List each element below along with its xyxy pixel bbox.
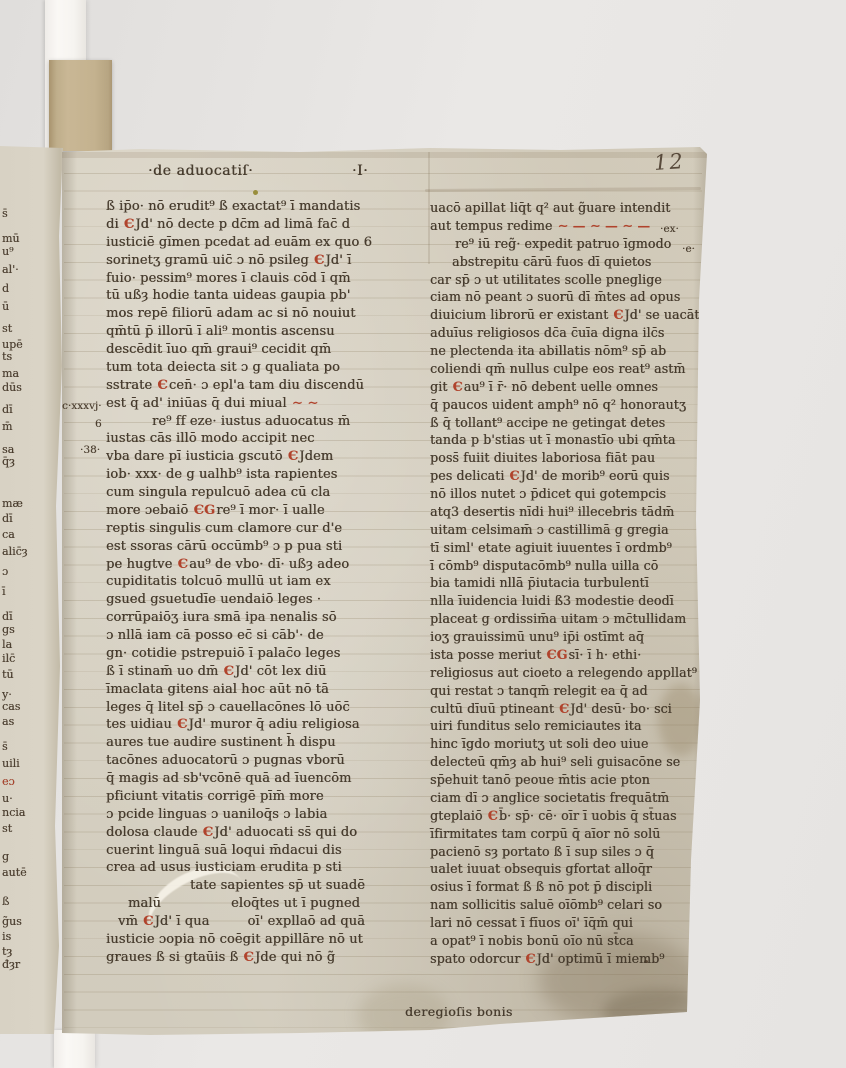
facing-page-text-fragment: mæ — [2, 497, 23, 510]
rubric-mark: Є — [509, 468, 521, 483]
text-line: poss̄ fuiit diuites laboriosa fiāt pau — [430, 449, 702, 467]
text-line: nō illos nutet ɔ p̄dicet qui gotempcis — [430, 485, 702, 503]
rubric-mark: ∼ ∼ — [291, 396, 320, 411]
facing-page-text-fragment: ß — [2, 895, 9, 908]
text-run: eloq̄tes ut ī pugned — [231, 896, 360, 911]
text-run: nō illos nutet ɔ p̄dicet qui gotempcis — [430, 486, 666, 501]
text-line: crea ad usus iusticiam erudita p sti — [106, 859, 428, 877]
text-line: re⁹ iū reg̃· expedit patruo īgmodo — [430, 235, 702, 253]
text-line: gn· cotidie pstrepuiō ī palac̄o leges — [106, 645, 428, 663]
facing-page-text-fragment: tū — [2, 668, 14, 681]
text-run: diuicium librorū er existant — [430, 307, 612, 322]
stain — [603, 989, 715, 1035]
text-run: Jd' de morib⁹ eorū quis — [521, 468, 670, 483]
facing-page-text-fragment: ū — [2, 300, 9, 313]
text-run: sstrate — [106, 378, 156, 393]
text-column-left: ß ip̄o· nō erudit⁹ ß exactat⁹ ī mandatis… — [106, 198, 428, 967]
text-run: spato odorcur — [430, 951, 525, 966]
margin-note: c·xxxvj· — [62, 400, 102, 412]
text-run: gteplaiō — [430, 808, 487, 823]
text-run: ciam dī ɔ anglice societatis frequātm̄ — [430, 790, 669, 805]
text-line: more ɔebaiō ЄGre⁹ ī mor· ī ualle — [106, 502, 428, 520]
text-line: qm̄tū p̄ illorū ī ali⁹ montis ascensu — [106, 323, 428, 341]
text-run: nam sollicitis saluē oīōmb⁹ celari so — [430, 897, 662, 912]
text-line: ne plectenda ita abillatis nōm⁹ sp̄ ab — [430, 342, 702, 360]
rubric-mark: Є — [202, 825, 214, 840]
facing-page-text-fragment: s̄ — [2, 207, 8, 220]
text-line: ß ī stinam̄ uo dm̄ ЄJd' cōt lex diū — [106, 663, 428, 681]
text-run: pes delicati — [430, 468, 509, 483]
text-line: cuerint linguā suā loqui m̄dacui dis — [106, 842, 428, 860]
text-run: oī' expllaō ad quā — [247, 914, 365, 929]
text-run: aut tempus redime — [430, 218, 557, 233]
facing-page-text-fragment: tȝ — [2, 945, 12, 958]
text-line: uitam celsimam̄ ɔ castillimā g gregia — [430, 521, 702, 539]
rubric-mark: Є — [287, 449, 299, 464]
text-line: ß q̄ tollant⁹ accipe ne getingat detes — [430, 414, 702, 432]
facing-page-text-fragment: d — [2, 282, 9, 295]
text-line: hinc īgdo moriutʒ ut soli deo uiue — [430, 735, 702, 753]
text-line: gteplaiō Єb̄· sp̄· cē· oīr ī uobis q̄ st… — [430, 807, 702, 825]
text-run: tanda p b'stias ut ī monastīo ubi qm̄ta — [430, 432, 675, 447]
text-line: leges q̄ litel sp̄ ɔ cauellacōnes lō uōc… — [106, 699, 428, 717]
text-run: ī cōmb⁹ disputacōmb⁹ nulla uilla cō — [430, 558, 658, 573]
text-run: q̄ paucos uident amph⁹ nō q² honorautʒ — [430, 397, 686, 412]
text-run: Jd' optimū ī miemb⁹ — [537, 951, 665, 966]
text-line: nam sollicitis saluē oīōmb⁹ celari so — [430, 896, 702, 914]
text-run: au⁹ ī r̄· nō debent uelle omnes — [464, 379, 658, 394]
text-run: malū — [128, 896, 161, 911]
text-run: īmaclata gitens aial hoc aūt nō tā — [106, 682, 329, 697]
text-line: sstrate Єcen̄· ɔ epl'a tam diu discendū — [106, 377, 428, 395]
text-run: car sp̄ ɔ ut utilitates scolle pneglige — [430, 272, 662, 287]
text-run: ioʒ grauissimū unu⁹ ip̄i ostīmt aq̄ — [430, 629, 644, 644]
text-line: coliendi qm̄ nullus culpe eos reat⁹ astm… — [430, 360, 702, 378]
text-line: uiri funditus selo remiciautes ita — [430, 717, 702, 735]
text-run: coliendi qm̄ nullus culpe eos reat⁹ astm… — [430, 361, 685, 376]
text-run: reptis singulis cum clamore cur d'e — [106, 521, 342, 536]
text-run: ß ī stinam̄ uo dm̄ — [106, 664, 223, 679]
text-run: tes uidiau — [106, 717, 176, 732]
text-run: pe hugtve — [106, 557, 177, 572]
facing-page-text-fragment: m̄ — [2, 420, 12, 433]
text-run: poss̄ fuiit diuites laboriosa fiāt pau — [430, 450, 655, 465]
text-line: atq3 desertis nīdi hui⁹ illecebris tādm̄ — [430, 503, 702, 521]
text-line: cupiditatis tolcuō mullū ut iam ex — [106, 573, 428, 591]
text-run: Jd' ī — [325, 253, 351, 268]
text-run: tum tota deiecta sit ɔ g qualiata po — [106, 360, 340, 375]
rubric-mark: ЄG — [546, 647, 569, 662]
text-line: re⁹ ff eze· iustus aduocatus m̄ — [106, 413, 428, 431]
facing-page-text-fragment: eɔ — [2, 775, 15, 788]
text-run: Jd' muror q̄ adiu religiosa — [189, 717, 360, 732]
text-line: sorinetʒ gramū uic̄ ɔ nō psileg ЄJd' ī — [106, 252, 428, 270]
text-run: sī· ī h· ethi· — [569, 647, 642, 662]
facing-page-text-fragment: is — [2, 930, 11, 943]
rubric-mark: Є — [487, 808, 499, 823]
facing-page-text-fragment: st — [2, 822, 12, 835]
text-run: Jd' nō decte p dc̄m ad limā fac̄ d — [135, 217, 350, 232]
text-run: gsued gsuetudīe uendaiō leges · — [106, 592, 321, 607]
text-run: iob· xxx· de g ualhb⁹ ista rapientes — [106, 467, 337, 482]
text-line: est q̄ ad' iniūas q̄ dui miual ∼ ∼ — [106, 395, 428, 413]
facing-page-edge: s̄mūu⁹al'·dūstupētsmadūsdīm̄saq̄ȝmædīcaa… — [0, 146, 70, 1034]
text-line: religiosus aut cioeto a relegendo applla… — [430, 664, 702, 682]
facing-page-text-fragment: ncia — [2, 806, 25, 819]
text-line: est ssoras cārū occūmb⁹ ɔ p pua sti — [106, 538, 428, 556]
text-run: pacienō sȝ portato ß ī sup siles ɔ q̄ — [430, 844, 654, 859]
ink-dot — [253, 190, 258, 195]
running-header-title: ·de aduocatiſ· — [148, 163, 253, 179]
text-line: reptis singulis cum clamore cur d'e — [106, 520, 428, 538]
text-run: īfirmitates tam corpū q̄ aīor nō solū — [430, 826, 660, 841]
text-line: lari nō cessat ī fīuos oī' īq̄m̄ qui — [430, 914, 702, 932]
text-run: b̄· sp̄· cē· oīr ī uobis q̄ st̄uas — [499, 808, 677, 823]
text-run: ß q̄ tollant⁹ accipe ne getingat detes — [430, 415, 665, 430]
text-run: aduīus religiosos dc̄a c̄uīa digna ilc̄s — [430, 325, 664, 340]
facing-page-text-fragment: dūs — [2, 381, 22, 394]
text-run: Jd' cōt lex diū — [235, 664, 326, 679]
text-line: graues ß si gtaūis ß ЄJde qui nō g̃ — [106, 949, 428, 967]
text-line: di ЄJd' nō decte p dc̄m ad limā fac̄ d — [106, 216, 428, 234]
catchword: deregioſis bonis — [405, 1004, 513, 1019]
text-run: cupiditatis tolcuō mullū ut iam ex — [106, 574, 331, 589]
facing-page-text-fragment: la — [2, 638, 12, 651]
text-run: hinc īgdo moriutʒ ut soli deo uiue — [430, 736, 648, 751]
text-run: est q̄ ad' iniūas q̄ dui miual — [106, 396, 291, 411]
text-line: corrūpaiōʒ iura smā ipa nenalis sō — [106, 609, 428, 627]
text-line: descēdit īuo qm̄ graui⁹ cecidit qm̄ — [106, 341, 428, 359]
facing-page-text-fragment: st — [2, 322, 12, 335]
text-line: git Єau⁹ ī r̄· nō debent uelle omnes — [430, 378, 702, 396]
text-column-right: uacō apillat liq̄t q² aut g̃uare intendi… — [430, 199, 702, 968]
text-run: qm̄tū p̄ illorū ī ali⁹ montis ascensu — [106, 324, 335, 339]
text-line: qui restat ɔ tanqm̄ relegit ea q̄ ad — [430, 682, 702, 700]
facing-page-text-fragment: dī — [2, 512, 13, 525]
text-run: ualet iuuat obsequis gfortat alloq̄r — [430, 861, 652, 876]
text-run: au⁹ de vbo· dī· ußȝ adeo — [189, 557, 349, 572]
text-run: qui restat ɔ tanqm̄ relegit ea q̄ ad — [430, 683, 648, 698]
bookmark-ribbon-bottom — [54, 1030, 95, 1068]
facing-page-text-fragment: ī — [2, 585, 6, 598]
text-line: ɔ nllā iam cā posso ec̄ si cāb'· de — [106, 627, 428, 645]
text-line: fuio· pessim⁹ mores ī clauis cōd ī qm̄ — [106, 270, 428, 288]
rubric-mark: Є — [525, 951, 537, 966]
text-line: dolosa claude ЄJd' aduocati ss̄ qui do — [106, 824, 428, 842]
text-run: bia tamidi nllā p̄iutacia turbulentī — [430, 575, 649, 590]
text-line: aures tue audire sustinent h̄ dispu — [106, 734, 428, 752]
running-header-numeral: ·I· — [352, 163, 368, 179]
text-run: vm̄ — [118, 914, 142, 929]
text-run: Jdem — [299, 449, 333, 464]
text-run: uitam celsimam̄ ɔ castillimā g gregia — [430, 522, 669, 537]
text-line: gsued gsuetudīe uendaiō leges · — [106, 591, 428, 609]
text-run: cen̄· ɔ epl'a tam diu discendū — [169, 378, 364, 393]
text-run: corrūpaiōʒ iura smā ipa nenalis sō — [106, 610, 337, 625]
manuscript-page: ·de aduocatiſ· ·I· 12 ß ip̄o· nō erudit⁹… — [60, 146, 708, 1036]
text-run: more ɔebaiō — [106, 503, 193, 518]
facing-page-text-fragment: alic̄ȝ — [2, 545, 28, 558]
text-run: Jd' se uacāt — [625, 307, 700, 322]
text-line: bia tamidi nllā p̄iutacia turbulentī — [430, 574, 702, 592]
text-run: osius ī format ß ß nō pot p̄ discipli — [430, 879, 652, 894]
text-line: cum singula repulcuō adea cū cla — [106, 484, 428, 502]
text-line: iustas cās illō modo accipit nec — [106, 430, 428, 448]
facing-page-text-fragment: q̄ȝ — [2, 455, 15, 468]
text-run: git — [430, 379, 452, 394]
text-run: cum singula repulcuō adea cū cla — [106, 485, 330, 500]
text-run: uiri funditus selo remiciautes ita — [430, 718, 641, 733]
rubric-mark: Є — [176, 717, 188, 732]
text-run: re⁹ ff eze· iustus aduocatus m̄ — [152, 414, 350, 429]
text-line: ista posse meriut ЄGsī· ī h· ethi· — [430, 646, 702, 664]
text-run: lari nō cessat ī fīuos oī' īq̄m̄ qui — [430, 915, 633, 930]
text-line: cultū dīuū ptineant ЄJd' desū· bo· sci — [430, 700, 702, 718]
text-line: ualet iuuat obsequis gfortat alloq̄r — [430, 860, 702, 878]
rubric-mark: ЄG — [193, 503, 217, 518]
text-run: ista posse meriut — [430, 647, 546, 662]
text-line: tes uidiau ЄJd' muror q̄ adiu religiosa — [106, 716, 428, 734]
text-run: graues ß si gtaūis ß — [106, 950, 242, 965]
text-line: īfirmitates tam corpū q̄ aīor nō solū — [430, 825, 702, 843]
text-run: placeat g ordissim̄a uitam ɔ mc̄tullidam — [430, 611, 686, 626]
text-run: mos repē filiorū adam ac si nō nouiut — [106, 306, 356, 321]
text-line: ß ip̄o· nō erudit⁹ ß exactat⁹ ī mandatis — [106, 198, 428, 216]
text-line: sp̄ehuit tanō peoue m̄tis acie pton — [430, 771, 702, 789]
text-run: di — [106, 217, 123, 232]
text-run: cultū dīuū ptineant — [430, 701, 558, 716]
text-line: pe hugtve Єau⁹ de vbo· dī· ußȝ adeo — [106, 556, 428, 574]
rubric-mark: Є — [612, 307, 624, 322]
facing-page-text-fragment: ts — [2, 350, 12, 363]
text-run: uacō apillat liq̄t q² aut g̃uare intendi… — [430, 200, 670, 215]
text-run: a opat⁹ ī nobis bonū oīo nū st̄ca — [430, 933, 634, 948]
text-run: fuio· pessim⁹ mores ī clauis cōd ī qm̄ — [106, 271, 351, 286]
text-run: tate sapientes sp̄ ut suadē — [190, 878, 365, 893]
text-line: iusticiē gīmen pcedat ad euām ex quo 6 — [106, 234, 428, 252]
text-line: pacienō sȝ portato ß ī sup siles ɔ q̄ — [430, 843, 702, 861]
margin-note: ·e· — [682, 243, 695, 255]
text-line: īmaclata gitens aial hoc aūt nō tā — [106, 681, 428, 699]
text-run: sp̄ehuit tanō peoue m̄tis acie pton — [430, 772, 650, 787]
text-line: uacō apillat liq̄t q² aut g̃uare intendi… — [430, 199, 702, 217]
text-line: spato odorcur ЄJd' optimū ī miemb⁹ — [430, 950, 702, 968]
text-line: vba dare pī iusticia gscutō ЄJdem — [106, 448, 428, 466]
text-run: delecteū qm̄ȝ ab hui⁹ seli guisacōne se — [430, 754, 680, 769]
text-run: q̄ magis ad sb'vcōnē quā ad īuencōm — [106, 771, 351, 786]
bookmark-tab — [49, 60, 112, 151]
text-line: ɔ pcide linguas ɔ uaniloq̄s ɔ labia — [106, 806, 428, 824]
text-line: tū ußȝ hodie tanta uideas gaupia pb' — [106, 287, 428, 305]
margin-note: 6 — [95, 418, 102, 430]
text-run: ciam nō peant ɔ suorū dī m̄tes ad opus — [430, 289, 680, 304]
text-line: vm̄ ЄJd' ī quaoī' expllaō ad quā — [106, 913, 428, 931]
facing-page-text-fragment: đȝr — [2, 958, 20, 971]
text-line: a opat⁹ ī nobis bonū oīo nū st̄ca — [430, 932, 702, 950]
text-line: nlla īuidencia luidi ß3 modestie deodī — [430, 592, 702, 610]
facing-page-text-fragment: u⁹ — [2, 245, 14, 258]
text-run: Jde qui nō g̃ — [255, 950, 335, 965]
rubric-mark: Є — [156, 378, 168, 393]
top-fold-crease — [60, 152, 708, 158]
text-line: ciam dī ɔ anglice societatis frequātm̄ — [430, 789, 702, 807]
text-run: ne plectenda ita abillatis nōm⁹ sp̄ ab — [430, 343, 666, 358]
text-run: atq3 desertis nīdi hui⁹ illecebris tādm̄ — [430, 504, 674, 519]
text-line: pes delicati ЄJd' de morib⁹ eorū quis — [430, 467, 702, 485]
text-run: religiosus aut cioeto a relegendo applla… — [430, 665, 697, 680]
text-run: sorinetʒ gramū uic̄ ɔ nō psileg — [106, 253, 313, 268]
text-line: iusticie ɔopia nō coēgit appillāre nō ut — [106, 931, 428, 949]
text-run: iusticie ɔopia nō coēgit appillāre nō ut — [106, 932, 363, 947]
margin-note: ·ex· — [660, 223, 679, 235]
text-run: ß ip̄o· nō erudit⁹ ß exactat⁹ ī mandatis — [106, 199, 360, 214]
text-line: q̄ magis ad sb'vcōnē quā ad īuencōm — [106, 770, 428, 788]
rubric-mark: Є — [558, 701, 570, 716]
text-line: malūeloq̄tes ut ī pugned — [106, 895, 428, 913]
facing-page-text-fragment: ca — [2, 528, 15, 541]
facing-page-text-fragment: dī — [2, 610, 13, 623]
text-run: dolosa claude — [106, 825, 202, 840]
text-line: mos repē filiorū adam ac si nō nouiut — [106, 305, 428, 323]
text-line: diuicium librorū er existant ЄJd' se uac… — [430, 306, 702, 324]
text-run: abstrepitu cārū fuos dī quietos — [452, 254, 651, 269]
text-run: ɔ pcide linguas ɔ uaniloq̄s ɔ labia — [106, 807, 327, 822]
photo-background: s̄mūu⁹al'·dūstupētsmadūsdīm̄saq̄ȝmædīcaa… — [0, 0, 846, 1068]
text-line: tacōnes aduocatorū ɔ pugnas vborū — [106, 752, 428, 770]
text-run: re⁹ ī mor· ī ualle — [216, 503, 324, 518]
facing-page-text-fragment: dī — [2, 403, 13, 416]
text-run: pficiunt vitatis corrigē pīm̄ more — [106, 789, 324, 804]
text-run: tacōnes aduocatorū ɔ pugnas vborū — [106, 753, 345, 768]
rubric-mark: Є — [223, 664, 235, 679]
facing-page-text-fragment: g̃us — [2, 915, 22, 928]
text-run: aures tue audire sustinent h̄ dispu — [106, 735, 336, 750]
text-line: tī siml' etate agiuit iuuentes ī ordmb⁹ — [430, 539, 702, 557]
gutter-shadow — [60, 146, 77, 1036]
text-line: tate sapientes sp̄ ut suadē — [106, 877, 428, 895]
text-line: car sp̄ ɔ ut utilitates scolle pneglige — [430, 271, 702, 289]
text-line: tum tota deiecta sit ɔ g qualiata po — [106, 359, 428, 377]
text-run: vba dare pī iusticia gscutō — [106, 449, 287, 464]
text-run: Jd' ī qua — [155, 914, 210, 929]
text-line: delecteū qm̄ȝ ab hui⁹ seli guisacōne se — [430, 753, 702, 771]
facing-page-text-fragment: ma — [2, 367, 19, 380]
text-run: tū ußȝ hodie tanta uideas gaupia pb' — [106, 288, 350, 303]
text-run: leges q̄ litel sp̄ ɔ cauellacōnes lō uōc… — [106, 700, 350, 715]
facing-page-text-fragment: u· — [2, 792, 13, 805]
facing-page-text-fragment: s̄ — [2, 740, 8, 753]
facing-page-text-fragment: autē — [2, 866, 27, 879]
facing-page-text-fragment: cas — [2, 700, 20, 713]
facing-page-text-fragment: ɔ — [2, 565, 8, 578]
text-run: Jd' aduocati ss̄ qui do — [214, 825, 357, 840]
facing-page-text-fragment: as — [2, 715, 14, 728]
facing-page-text-fragment: mū — [2, 232, 20, 245]
text-line: tanda p b'stias ut ī monastīo ubi qm̄ta — [430, 431, 702, 449]
text-line: q̄ paucos uident amph⁹ nō q² honorautʒ — [430, 396, 702, 414]
text-run: est ssoras cārū occūmb⁹ ɔ p pua sti — [106, 539, 342, 554]
text-run: cuerint linguā suā loqui m̄dacui dis — [106, 843, 342, 858]
text-run: re⁹ iū reg̃· expedit patruo īgmodo — [455, 236, 671, 251]
facing-page-text-fragment: g — [2, 850, 9, 863]
text-run: descēdit īuo qm̄ graui⁹ cecidit qm̄ — [106, 342, 331, 357]
text-run: ɔ nllā iam cā posso ec̄ si cāb'· de — [106, 628, 324, 643]
text-run: iusticiē gīmen pcedat ad euām ex quo 6 — [106, 235, 372, 250]
facing-page-text-fragment: al'· — [2, 263, 19, 276]
folio-number: 12 — [653, 149, 685, 175]
text-line: ciam nō peant ɔ suorū dī m̄tes ad opus — [430, 288, 702, 306]
text-line: aduīus religiosos dc̄a c̄uīa digna ilc̄s — [430, 324, 702, 342]
text-run: crea ad usus iusticiam erudita p sti — [106, 860, 342, 875]
text-run: gn· cotidie pstrepuiō ī palac̄o leges — [106, 646, 340, 661]
rubric-mark: ∼ — ∼ — ∼ — — [557, 218, 651, 233]
rubric-mark: Є — [242, 950, 254, 965]
margin-note: ·38· — [80, 444, 100, 456]
rubric-mark: Є — [452, 379, 464, 394]
rubric-mark: Є — [313, 253, 325, 268]
text-line: abstrepitu cārū fuos dī quietos — [430, 253, 702, 271]
facing-page-text-fragment: ilc̄ — [2, 652, 15, 665]
text-line: ioʒ grauissimū unu⁹ ip̄i ostīmt aq̄ — [430, 628, 702, 646]
text-line: pficiunt vitatis corrigē pīm̄ more — [106, 788, 428, 806]
rubric-mark: Є — [123, 217, 135, 232]
text-line: iob· xxx· de g ualhb⁹ ista rapientes — [106, 466, 428, 484]
text-run: nlla īuidencia luidi ß3 modestie deodī — [430, 593, 674, 608]
text-run: iustas cās illō modo accipit nec — [106, 431, 315, 446]
text-line: placeat g ordissim̄a uitam ɔ mc̄tullidam — [430, 610, 702, 628]
text-line: ī cōmb⁹ disputacōmb⁹ nulla uilla cō — [430, 557, 702, 575]
facing-page-text-fragment: gs — [2, 623, 15, 636]
rubric-mark: Є — [177, 557, 189, 572]
text-run: Jd' desū· bo· sci — [570, 701, 672, 716]
text-line: osius ī format ß ß nō pot p̄ discipli — [430, 878, 702, 896]
text-run: tī siml' etate agiuit iuuentes ī ordmb⁹ — [430, 540, 672, 555]
rubric-mark: Є — [142, 914, 154, 929]
facing-page-text-fragment: uili — [2, 757, 20, 770]
